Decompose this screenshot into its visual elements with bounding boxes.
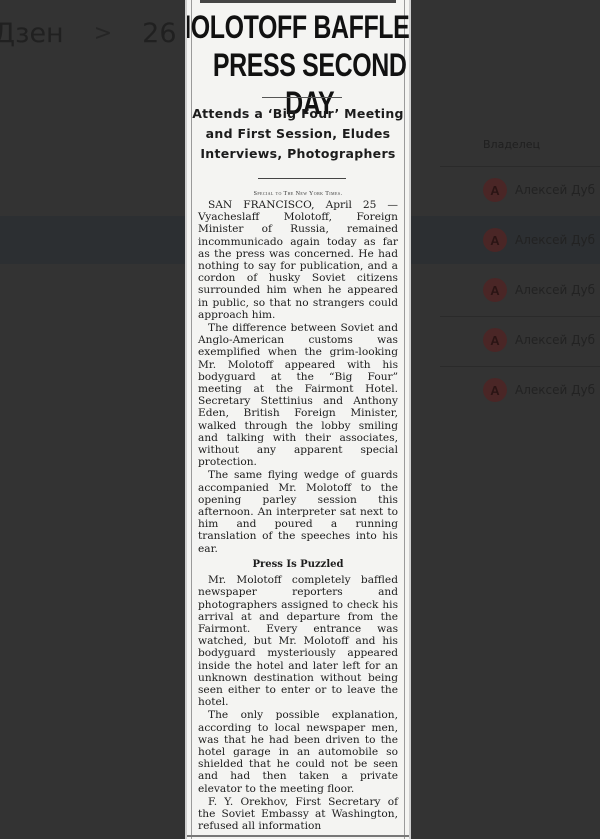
deck-line: and First Session, Eludes xyxy=(192,124,404,144)
avatar: А xyxy=(483,328,507,352)
row-divider xyxy=(440,166,600,167)
deck-line: Interviews, Photographers xyxy=(192,144,404,164)
owner-name: Алексей Дуб xyxy=(515,183,595,197)
paragraph: The only possible explanation, according… xyxy=(198,709,398,794)
newspaper-clipping-image: MOLOTOFF BAFFLES PRESS SECOND DAY Attend… xyxy=(185,0,411,839)
owner-name: Алексей Дуб xyxy=(515,233,595,247)
avatar: А xyxy=(483,278,507,302)
owner-name: Алексей Дуб xyxy=(515,383,595,397)
avatar: А xyxy=(483,178,507,202)
top-rule xyxy=(200,0,396,3)
paragraph: The difference between Soviet and Anglo-… xyxy=(198,322,398,468)
deck-line: Attends a ‘Big Four’ Meeting xyxy=(192,104,404,124)
row-divider xyxy=(440,366,600,367)
list-item[interactable]: А Алексей Дуб xyxy=(483,378,595,402)
list-item[interactable]: А Алексей Дуб xyxy=(483,178,595,202)
list-item[interactable]: А Алексей Дуб xyxy=(483,328,595,352)
list-item[interactable]: А Алексей Дуб xyxy=(483,278,595,302)
paragraph: SAN FRANCISCO, April 25 — Vyacheslaff Mo… xyxy=(198,199,398,321)
subheadline-deck: Attends a ‘Big Four’ Meeting and First S… xyxy=(192,104,404,164)
list-item[interactable]: А Алексей Дуб xyxy=(483,228,595,252)
divider xyxy=(258,178,346,179)
owner-name: Алексей Дуб xyxy=(515,333,595,347)
row-divider xyxy=(440,316,600,317)
breadcrumb-item-zen[interactable]: Дзен xyxy=(0,18,64,49)
divider xyxy=(262,97,342,98)
clipping-column: MOLOTOFF BAFFLES PRESS SECOND DAY Attend… xyxy=(191,0,405,839)
avatar: А xyxy=(483,378,507,402)
bottom-rule xyxy=(187,835,409,837)
paragraph: F. Y. Orekhov, First Secretary of the So… xyxy=(198,796,398,833)
owner-name: Алексей Дуб xyxy=(515,283,595,297)
avatar: А xyxy=(483,228,507,252)
paragraph: Mr. Molotoff completely baffled newspape… xyxy=(198,574,398,708)
headline-line-1: MOLOTOFF BAFFLES xyxy=(185,8,411,46)
chevron-right-icon: > xyxy=(94,21,112,46)
article-body: SAN FRANCISCO, April 25 — Vyacheslaff Mo… xyxy=(198,199,398,832)
paragraph: The same flying wedge of guards accompan… xyxy=(198,469,398,554)
byline-credit: Special to The New York Times. xyxy=(192,191,404,197)
owner-column-header[interactable]: Владелец xyxy=(483,138,540,151)
section-subhead: Press Is Puzzled xyxy=(198,559,398,571)
